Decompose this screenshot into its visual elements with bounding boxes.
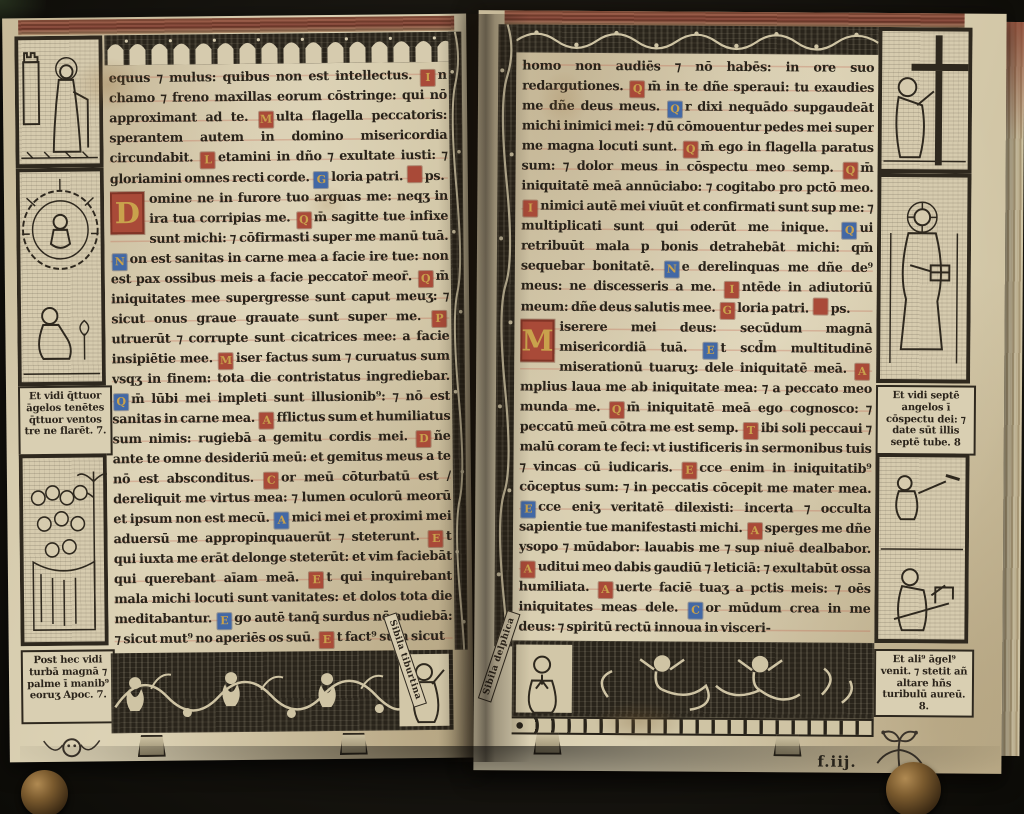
- verse-run: Qm̄ sagitte tue infixe sunt michi: ⁊ cōf…: [111, 209, 453, 648]
- rubricated-initial-blue: Q: [668, 101, 682, 117]
- rubricated-initial-red: I: [421, 70, 435, 86]
- psalm-37: Domine ne in furore tuo arguas me: neqʒ …: [110, 187, 453, 651]
- verse-run: Et scd̄m multitudinē miserationū tuaruʒ:…: [518, 341, 872, 636]
- right-page: Sibila delphica homo non audiēs ⁊ nō hab…: [473, 10, 1006, 774]
- rubricated-initial-red: [814, 299, 828, 315]
- psalm-37-closing: homo non audiēs ⁊ nō habēs: in ore suo r…: [521, 56, 875, 319]
- rubricated-initial-red: Q: [630, 81, 644, 97]
- book-stand-knob-right: [886, 762, 941, 814]
- cornice-bead-row: [512, 716, 874, 737]
- rubricated-initial-red: [408, 166, 422, 182]
- rubricated-initial-red: Q: [419, 271, 433, 287]
- rubricated-initial-red: E: [320, 632, 334, 648]
- rubricated-initial-blue: G: [314, 172, 328, 188]
- rubricated-initial-red: E: [429, 531, 443, 547]
- verse-run: homo non audiēs ⁊ nō habēs: in ore suo r…: [521, 58, 875, 316]
- rubricated-initial-blue: N: [113, 254, 127, 270]
- marginal-caption-right-bottom: Et ali⁹ āgel⁹ venit. ⁊ stetit añ altare …: [874, 649, 974, 718]
- woodcut-vision-in-clouds-icon: [16, 167, 106, 386]
- rubricated-initial-blue: C: [688, 603, 702, 619]
- rubricated-initial-red: L: [201, 152, 215, 168]
- woodcut-christ-with-book-icon: [876, 173, 971, 384]
- rubricated-initial-red: A: [260, 413, 274, 429]
- rubricated-initial-blue: E: [521, 501, 535, 517]
- arcade-border-top: [104, 32, 454, 66]
- woodcut-crowd-with-palms-icon: [19, 453, 109, 646]
- rubricated-initial-red: T: [744, 423, 758, 439]
- marginal-caption-left-middle: Et vidi q̄ttuor āgelos tenētes q̄ttuor v…: [18, 385, 113, 456]
- rubricated-initial-red: Q: [843, 163, 857, 179]
- left-text-block: equus ⁊ mulus: quibus non est intellectu…: [109, 66, 453, 654]
- rubricated-initial-blue: N: [665, 261, 679, 277]
- vine-border-inner-right-page: [494, 24, 516, 646]
- left-page: Et vidi q̄ttuor āgelos tenētes q̄ttuor v…: [2, 14, 474, 763]
- rubricated-initial-blue: A: [275, 512, 289, 528]
- psalm-31-closing: equus ⁊ mulus: quibus non est intellectu…: [109, 66, 448, 191]
- psalm-50: Miserere mei deus: secūdum magnā miseric…: [518, 317, 872, 639]
- rubricated-initial-red: E: [309, 572, 323, 588]
- verse-run: equus ⁊ mulus: quibus non est intellectu…: [109, 68, 448, 188]
- foliage-border-top: [516, 24, 878, 55]
- book-cradle-shadow: [20, 746, 1000, 806]
- rubricated-initial-red: E: [682, 463, 696, 479]
- woodcut-saint-with-tower-icon: [14, 35, 103, 168]
- rubricated-initial-blue: Q: [842, 223, 856, 239]
- marginal-caption-right-middle: Et vidi septē angelos ī cōspectu dei: ⁊ …: [876, 385, 976, 456]
- book-stand-knob-left: [21, 770, 68, 814]
- rubricated-initial-blue: Q: [114, 394, 128, 410]
- illuminated-initial-D: D: [110, 192, 144, 234]
- rubricated-initial-red: I: [725, 282, 739, 298]
- rubricated-initial-red: D: [417, 431, 431, 447]
- rubricated-initial-red: P: [432, 311, 446, 327]
- rubricated-initial-red: A: [598, 582, 612, 598]
- illuminated-initial-M: M: [520, 319, 554, 361]
- rubricated-initial-red: C: [264, 473, 278, 489]
- right-text-block: homo non audiēs ⁊ nō habēs: in ore suo r…: [518, 56, 874, 642]
- rubricated-initial-red: A: [855, 364, 869, 380]
- rubricated-initial-red: Q: [683, 142, 697, 158]
- woodcut-evangelist-writing-icon: [874, 453, 969, 644]
- rubricated-initial-red: A: [521, 561, 535, 577]
- rubricated-initial-red: A: [748, 523, 762, 539]
- rubricated-initial-red: M: [259, 112, 273, 128]
- photo-background: Et vidi q̄ttuor āgelos tenētes q̄ttuor v…: [0, 0, 1024, 814]
- rubricated-initial-red: I: [523, 200, 537, 216]
- rubricated-initial-red: Q: [609, 402, 623, 418]
- rubricated-initial-red: G: [720, 303, 734, 319]
- woodcut-cross-bearer-icon: [878, 27, 973, 174]
- rubricated-initial-red: Q: [297, 212, 311, 228]
- rubricated-initial-red: M: [219, 353, 233, 369]
- mermaid-frieze: [512, 640, 875, 719]
- rubricated-initial-blue: E: [217, 613, 231, 629]
- marginal-caption-left-bottom: Post hec vidi turbā magnā ⁊ palme ī mani…: [21, 649, 116, 724]
- rubricated-initial-blue: E: [703, 343, 717, 359]
